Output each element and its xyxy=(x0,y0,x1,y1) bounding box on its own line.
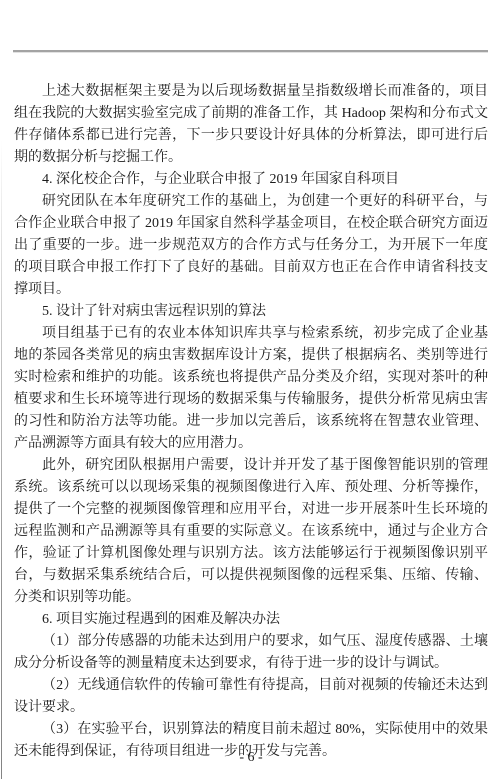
body-paragraph: （1）部分传感器的功能未达到用户的要求，如气压、湿度传感器、土壤成分分析设备等的… xyxy=(14,631,488,675)
body-paragraph: 项目组基于已有的农业本体知识库共享与检索系统，初步完成了企业基地的茶园各类常见的… xyxy=(14,323,488,455)
document-body: 上述大数据框架主要是为以后现场数据量呈指数级增长而准备的，项目组在我院的大数据实… xyxy=(14,81,488,763)
section-heading: 5. 设计了针对病虫害远程识别的算法 xyxy=(14,301,488,323)
page-number: - 6 - xyxy=(0,749,502,767)
document-page: 上述大数据框架主要是为以后现场数据量呈指数级增长而准备的，项目组在我院的大数据实… xyxy=(0,0,502,779)
header-rule xyxy=(13,50,488,52)
section-heading: 4. 深化校企合作，与企业联合申报了 2019 年国家自科项目 xyxy=(14,169,488,191)
section-heading: 6. 项目实施过程遇到的困难及解决办法 xyxy=(14,609,488,631)
body-paragraph: （2）无线通信软件的传输可靠性有待提高，目前对视频的传输还未达到设计要求。 xyxy=(14,675,488,719)
body-paragraph: 研究团队在本年度研究工作的基础上，为创建一个更好的科研平台，与合作企业联合申报了… xyxy=(14,191,488,301)
body-paragraph: 此外，研究团队根据用户需要，设计并开发了基于图像智能识别的管理系统。该系统可以以… xyxy=(14,455,488,609)
scan-edge-artifact xyxy=(1,140,2,779)
body-paragraph: 上述大数据框架主要是为以后现场数据量呈指数级增长而准备的，项目组在我院的大数据实… xyxy=(14,81,488,169)
